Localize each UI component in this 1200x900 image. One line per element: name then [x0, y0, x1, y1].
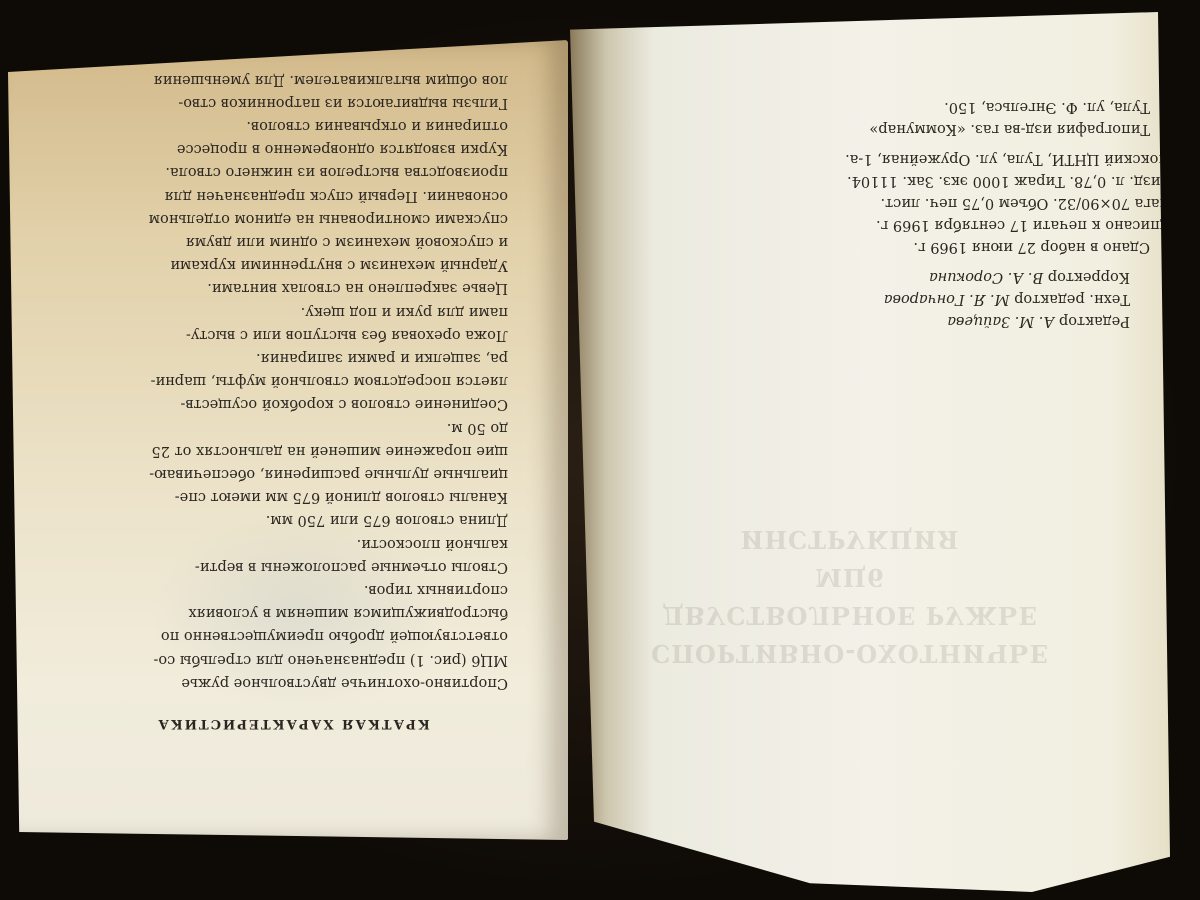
- show-through-title: СПОРТИВНО-ОХОТНИЧЬЕДВУСТВОЛЬНОЕ РУЖЬЕ МЦ…: [640, 532, 1060, 672]
- credit-name: М. Я. Гончарова: [884, 291, 1010, 307]
- text-line: и спусковой механизм с одним или двумя: [78, 230, 508, 253]
- right-page: Редактор А. М. ЗайцеваТехн. редактор М. …: [570, 12, 1170, 892]
- imprint-line: Тула, ул. Ф. Энгельса, 150.: [690, 96, 1170, 118]
- text-line: Ударный механизм с внутренними курками: [78, 253, 508, 276]
- credit-role: Техн. редактор: [1010, 291, 1130, 307]
- text-line: спортивных тиров.: [78, 578, 508, 601]
- text-line: основании. Первый спуск предназначен для: [78, 183, 508, 206]
- credit-role: Корректор: [1043, 269, 1130, 285]
- credit-name: А. М. Зайцева: [947, 313, 1054, 329]
- imprint-line: Сдано в набор 27 июня 1969 г.: [690, 236, 1170, 258]
- show-through-line: СПОРТИВНО-ОХОТНИЧЬЕ: [640, 634, 1060, 672]
- text-line: спусками смонтированы на едином отдельно…: [78, 207, 508, 230]
- imprint-line: Типография изд-ва газ. «Коммунар»: [690, 118, 1170, 140]
- text-line: ответствующей дробью преимущественно по: [78, 624, 508, 647]
- imprint-line: Уч.-изд. л. 0,78. Тираж 1000 экз. Зак. 1…: [690, 170, 1170, 192]
- imprint-line: Приокский ЦНТИ, Тула, ул. Оружейная, 1-а…: [690, 148, 1170, 170]
- body-text: Спортивно-охотничье двуствольное ружьеМЦ…: [78, 67, 508, 693]
- text-line: Ложа ореховая без выступов или с высту-: [78, 323, 508, 346]
- show-through-line: ИНСТРУКЦИЯ: [640, 520, 1060, 558]
- text-line: Стволы отъемные расположены в верти-: [78, 555, 508, 578]
- text-line: быстродвижущимся мишеням в условиях: [78, 601, 508, 624]
- text-line: ра, защелки и рамки запирания.: [78, 346, 508, 369]
- text-line: Цевье закреплено на стволах винтами.: [78, 276, 508, 299]
- section-heading: КРАТКАЯ ХАРАКТЕРИСТИКА: [78, 712, 508, 735]
- left-page-text: КРАТКАЯ ХАРАКТЕРИСТИКА Спортивно-охотнич…: [78, 135, 508, 735]
- text-line: МЦ6 (рис. 1) предназначено для стрельбы …: [78, 647, 508, 670]
- imprint-line: Бумага 70×90/32. Объем 0,75 печ. лист.: [690, 192, 1170, 214]
- credit-line: Корректор В. А. Сорокина: [690, 266, 1170, 288]
- text-line: Спортивно-охотничье двуствольное ружье: [78, 671, 508, 694]
- colophon: Редактор А. М. ЗайцеваТехн. редактор М. …: [690, 72, 1170, 332]
- credit-name: В. А. Сорокина: [929, 269, 1043, 285]
- credit-line: Редактор А. М. Зайцева: [690, 310, 1170, 332]
- text-line: производства выстрелов из нижнего ствола…: [78, 160, 508, 183]
- text-line: Соединение стволов с коробкой осуществ-: [78, 392, 508, 415]
- text-line: циальные дульные расширения, обеспечиваю…: [78, 462, 508, 485]
- imprint-line: Подписано к печати 17 сентября 1969 г.: [690, 214, 1170, 236]
- text-line: пами для руки и под щеку.: [78, 299, 508, 322]
- imprint: Сдано в набор 27 июня 1969 г.Подписано к…: [690, 96, 1170, 258]
- text-line: отпирания и открывания стволов.: [78, 114, 508, 137]
- text-line: Курки взводятся одновременно в процессе: [78, 137, 508, 160]
- text-line: Гильзы выдвигаются из патронников ство-: [78, 91, 508, 114]
- credit-role: Редактор: [1054, 313, 1130, 329]
- credit-line: Техн. редактор М. Я. Гончарова: [690, 288, 1170, 310]
- text-line: щие поражение мишеней на дальностях от 2…: [78, 439, 508, 462]
- text-line: Каналы стволов длиной 675 мм имеют спе-: [78, 485, 508, 508]
- text-line: ляется посредством ствольной муфты, шарн…: [78, 369, 508, 392]
- credits: Редактор А. М. ЗайцеваТехн. редактор М. …: [690, 266, 1170, 332]
- text-line: кальной плоскости.: [78, 531, 508, 554]
- text-line: лов общим выталкивателем. Для уменьшения: [78, 67, 508, 90]
- text-line: до 50 м.: [78, 415, 508, 438]
- text-line: Длина стволов 675 или 750 мм.: [78, 508, 508, 531]
- show-through-line: ДВУСТВОЛЬНОЕ РУЖЬЕ МЦ6: [640, 558, 1060, 634]
- left-page: КРАТКАЯ ХАРАКТЕРИСТИКА Спортивно-охотнич…: [8, 40, 568, 840]
